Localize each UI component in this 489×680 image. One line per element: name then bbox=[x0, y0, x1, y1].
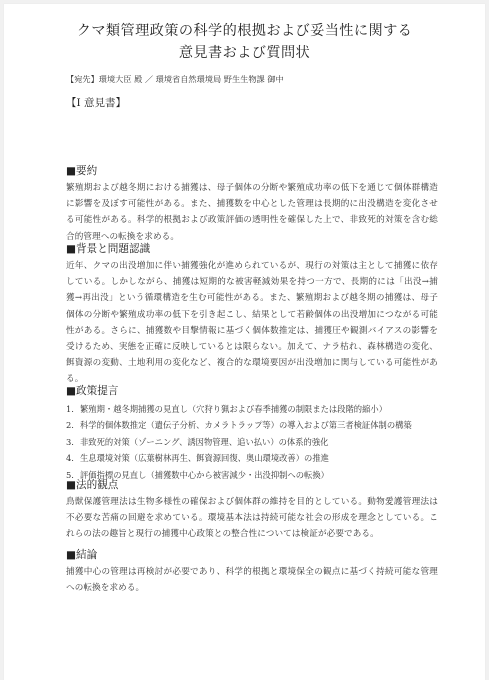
section-legal-perspective: ■法的観点 鳥獣保護管理法は生物多様性の確保および個体群の維持を目的としている。… bbox=[66, 478, 438, 543]
document-title: クマ類管理政策の科学的根拠および妥当性に関する 意見書および質問状 bbox=[4, 20, 485, 64]
item-text: 科学的個体数推定（遺伝子分析、カメラトラップ等）の導入および第三者検証体制の構築 bbox=[80, 420, 412, 430]
section-body: 近年、クマの出没増加に伴い捕獲強化が進められているが、現行の対策は主として捕獲に… bbox=[66, 258, 438, 388]
item-number: 3. bbox=[66, 434, 80, 450]
document-page: クマ類管理政策の科学的根拠および妥当性に関する 意見書および質問状 【宛先】環境… bbox=[4, 4, 485, 680]
list-item: 4.生息環境対策（広葉樹林再生、餌資源回復、奥山環境改善）の推進 bbox=[66, 450, 438, 466]
part-label-opinion: 【Ⅰ 意見書】 bbox=[66, 95, 126, 110]
section-body: 捕獲中心の管理は再検討が必要であり、科学的根拠と環境保全の観点に基づく持続可能な… bbox=[66, 564, 438, 596]
item-text: 繁殖期・越冬期捕獲の見直し（穴狩り猟および春季捕獲の制限または段階的縮小） bbox=[80, 404, 387, 414]
item-number: 4. bbox=[66, 450, 80, 466]
list-item: 1.繁殖期・越冬期捕獲の見直し（穴狩り猟および春季捕獲の制限または段階的縮小） bbox=[66, 401, 438, 417]
title-line-1: クマ類管理政策の科学的根拠および妥当性に関する bbox=[4, 20, 485, 42]
item-number: 2. bbox=[66, 417, 80, 433]
section-heading: ■背景と問題認識 bbox=[66, 242, 438, 256]
list-item: 2.科学的個体数推定（遺伝子分析、カメラトラップ等）の導入および第三者検証体制の… bbox=[66, 417, 438, 433]
section-body: 鳥獣保護管理法は生物多様性の確保および個体群の維持を目的としている。動物愛護管理… bbox=[66, 494, 438, 543]
section-heading: ■結論 bbox=[66, 548, 438, 562]
section-heading: ■要約 bbox=[66, 164, 438, 178]
item-number: 1. bbox=[66, 401, 80, 417]
list-item: 3.非致死的対策（ゾーニング、誘因物管理、追い払い）の体系的強化 bbox=[66, 434, 438, 450]
title-line-2: 意見書および質問状 bbox=[4, 42, 485, 64]
section-body: 繁殖期および越冬期における捕獲は、母子個体の分断や繁殖成功率の低下を通じて個体群… bbox=[66, 180, 438, 245]
section-policy-recommendations: ■政策提言 1.繁殖期・越冬期捕獲の見直し（穴狩り猟および春季捕獲の制限または段… bbox=[66, 384, 438, 483]
section-heading: ■政策提言 bbox=[66, 384, 438, 398]
section-heading: ■法的観点 bbox=[66, 478, 438, 492]
addressee: 【宛先】環境大臣 殿 ／ 環境省自然環境局 野生生物課 御中 bbox=[66, 74, 284, 85]
section-conclusion: ■結論 捕獲中心の管理は再検討が必要であり、科学的根拠と環境保全の観点に基づく持… bbox=[66, 548, 438, 596]
recommendation-list: 1.繁殖期・越冬期捕獲の見直し（穴狩り猟および春季捕獲の制限または段階的縮小） … bbox=[66, 401, 438, 483]
item-text: 非致死的対策（ゾーニング、誘因物管理、追い払い）の体系的強化 bbox=[80, 437, 328, 447]
section-summary: ■要約 繁殖期および越冬期における捕獲は、母子個体の分断や繁殖成功率の低下を通じ… bbox=[66, 164, 438, 245]
section-background: ■背景と問題認識 近年、クマの出没増加に伴い捕獲強化が進められているが、現行の対… bbox=[66, 242, 438, 388]
item-text: 生息環境対策（広葉樹林再生、餌資源回復、奥山環境改善）の推進 bbox=[80, 453, 329, 463]
